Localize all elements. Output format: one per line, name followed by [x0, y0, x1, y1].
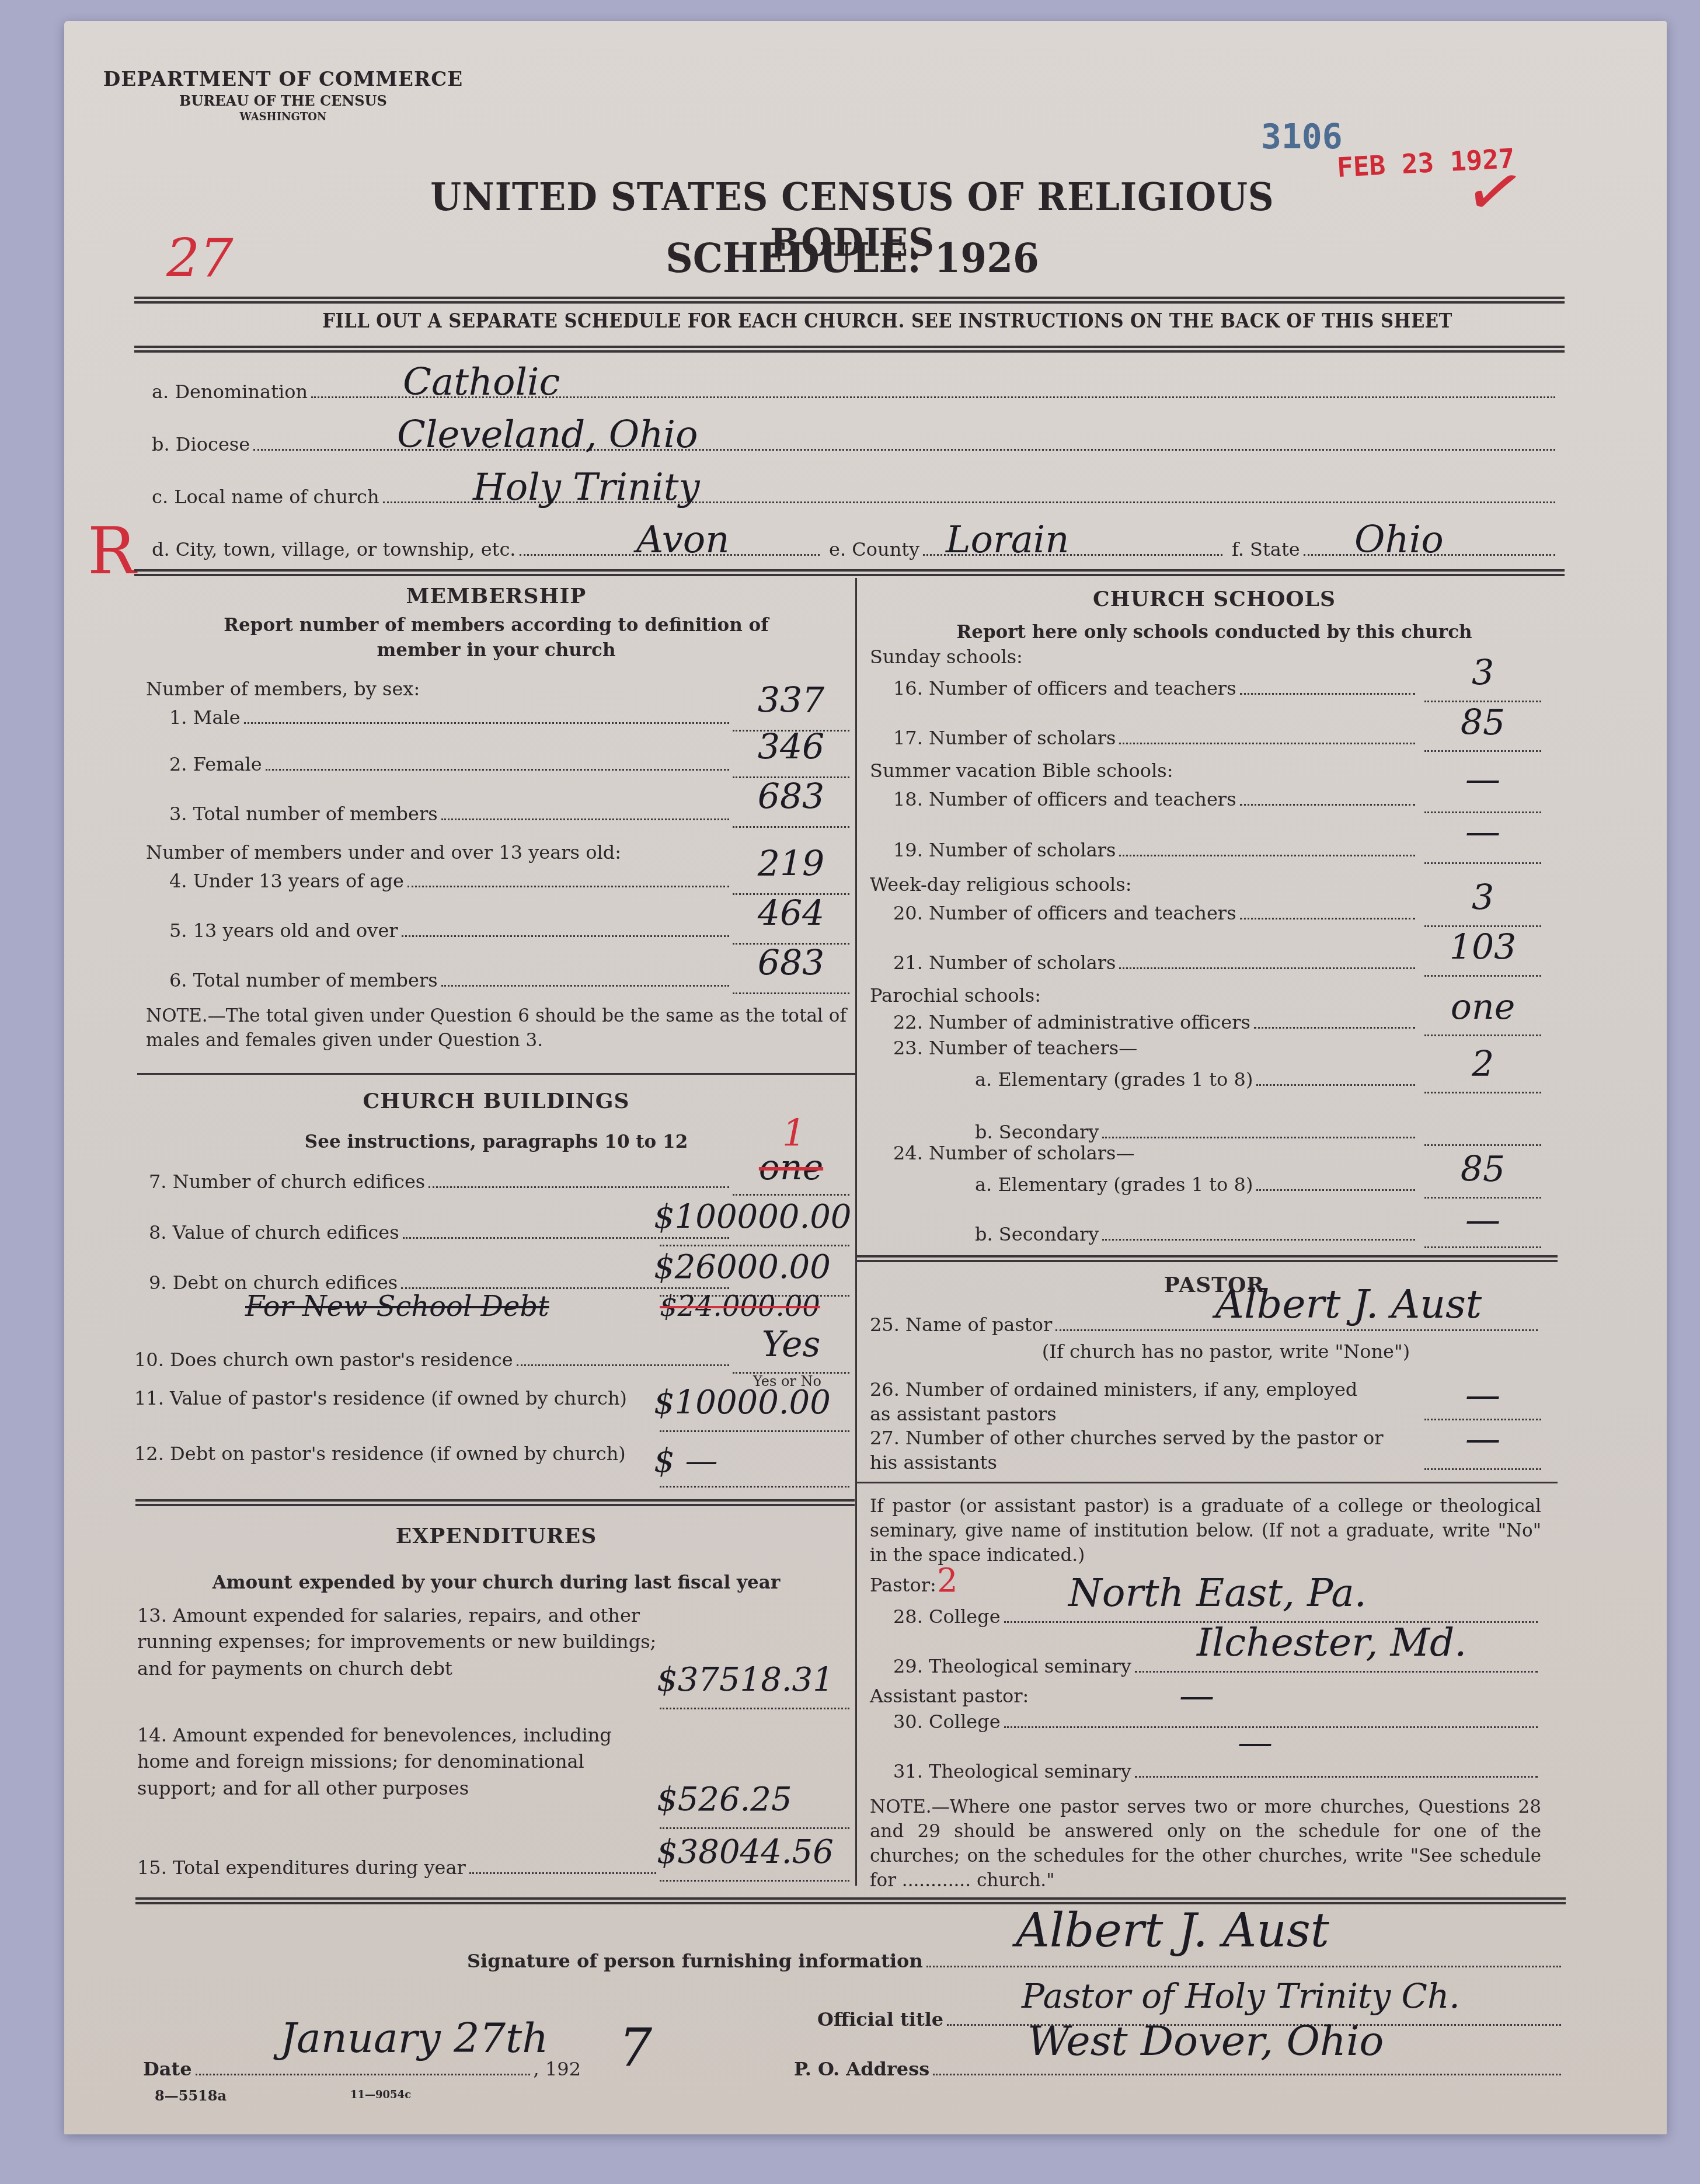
- q11-label: 11. Value of pastor's residence (if owne…: [134, 1387, 660, 1411]
- q14-label: 14. Amount expended for benevolences, in…: [137, 1722, 663, 1802]
- pastor-note: NOTE.—Where one pastor serves two or mor…: [870, 1795, 1541, 1893]
- q1-value: 337: [733, 680, 849, 721]
- q27-input[interactable]: [1424, 1468, 1541, 1470]
- q10-row: 10. Does church own pastor's residence: [134, 1349, 733, 1371]
- instructions-banner: FILL OUT A SEPARATE SCHEDULE FOR EACH CH…: [241, 309, 1534, 333]
- summer-schools-label: Summer vacation Bible schools:: [870, 759, 1173, 783]
- q5-row: 5. 13 years old and over: [169, 919, 733, 942]
- q30-value[interactable]: —: [1109, 1676, 1284, 1716]
- membership-heading: MEMBERSHIP: [140, 584, 852, 608]
- q26-label: 26. Number of ordained ministers, if any…: [870, 1378, 1384, 1426]
- state-value: Ohio: [1354, 518, 1444, 562]
- q29-value[interactable]: Ilchester, Md.: [1197, 1620, 1547, 1665]
- q6-value: 683: [733, 943, 849, 984]
- q24b-value: —: [1424, 1200, 1541, 1241]
- q25-value[interactable]: Albert J. Aust: [1156, 1281, 1541, 1328]
- membership-note: NOTE.—The total given under Question 6 s…: [146, 1004, 846, 1053]
- membership-subtitle: Report number of members according to de…: [193, 613, 800, 664]
- diocese-field[interactable]: b. Diocese Cleveland, Ohio: [152, 426, 1559, 455]
- q23a-input[interactable]: [1424, 1092, 1541, 1093]
- q21-row: 21. Number of scholars: [893, 952, 1419, 974]
- schedule-year: SCHEDULE: 1926: [369, 234, 1336, 282]
- buildings-divider: [135, 1499, 855, 1506]
- q28-value[interactable]: North East, Pa.: [1068, 1570, 1535, 1615]
- q23b-row: b. Secondary: [975, 1121, 1419, 1143]
- city-heading: WASHINGTON: [99, 111, 467, 123]
- q17-row: 17. Number of scholars: [893, 727, 1419, 749]
- q21-value: 103: [1424, 927, 1541, 968]
- q12-value: $ —: [654, 1442, 852, 1480]
- header-divider: [134, 297, 1565, 304]
- form-code: 8—5518a: [155, 2087, 227, 2104]
- city-field[interactable]: d. City, town, village, or township, etc…: [152, 531, 823, 560]
- q13-input[interactable]: [660, 1708, 849, 1709]
- q14-value: $526.25: [657, 1781, 855, 1819]
- q8-row: 8. Value of church edifices: [149, 1221, 733, 1243]
- q12-label: 12. Debt on pastor's residence (if owned…: [134, 1442, 660, 1467]
- church-schools-subtitle: Report here only schools conducted by th…: [864, 620, 1565, 645]
- q3-row: 3. Total number of members: [169, 803, 733, 825]
- q23-label: 23. Number of teachers—: [893, 1036, 1137, 1061]
- q19-input[interactable]: [1424, 862, 1541, 864]
- q23b-input[interactable]: [1424, 1144, 1541, 1146]
- date-value[interactable]: January 27th: [280, 2014, 584, 2062]
- column-divider: [855, 578, 857, 1886]
- q24a-input[interactable]: [1424, 1197, 1541, 1199]
- file-number-stamp: 3106: [1261, 117, 1343, 156]
- q4-value: 219: [733, 844, 849, 884]
- q13-label: 13. Amount expended for salaries, repair…: [137, 1603, 663, 1682]
- q11-input[interactable]: [660, 1430, 849, 1432]
- denomination-field[interactable]: a. Denomination Catholic: [152, 374, 1559, 403]
- q16-value: 3: [1424, 653, 1541, 694]
- q3-value: 683: [733, 776, 849, 817]
- q24b-input[interactable]: [1424, 1246, 1541, 1248]
- q1-row: 1. Male: [169, 706, 733, 729]
- graduate-instructions: If pastor (or assistant pastor) is a gra…: [870, 1495, 1541, 1568]
- church-schools-heading: CHURCH SCHOOLS: [864, 587, 1565, 611]
- q27-label: 27. Number of other churches served by t…: [870, 1426, 1384, 1475]
- church-buildings-heading: CHURCH BUILDINGS: [140, 1089, 852, 1113]
- q19-value: —: [1424, 811, 1541, 852]
- address-value[interactable]: West Dover, Ohio: [1027, 2017, 1553, 2065]
- diocese-value: Cleveland, Ohio: [397, 413, 698, 457]
- q13-value: $37518.31: [657, 1661, 855, 1699]
- weekday-schools-label: Week-day religious schools:: [870, 873, 1131, 897]
- q21-input[interactable]: [1424, 975, 1541, 977]
- q24a-row: a. Elementary (grades 1 to 8): [975, 1173, 1419, 1196]
- by-sex-label: Number of members, by sex:: [146, 677, 420, 702]
- q25-hint: (If church has no pastor, write "None"): [911, 1340, 1541, 1364]
- margin-number-mark: 27: [166, 228, 234, 289]
- q9-value: $26000.00: [654, 1248, 852, 1286]
- q22-input[interactable]: [1424, 1034, 1541, 1036]
- q31-row: 31. Theological seminary: [893, 1760, 1541, 1782]
- q20-row: 20. Number of officers and teachers: [893, 902, 1419, 924]
- official-title-value[interactable]: Pastor of Holy Trinity Ch.: [1022, 1976, 1559, 2016]
- q19-row: 19. Number of scholars: [893, 839, 1419, 861]
- q24b-row: b. Secondary: [975, 1223, 1419, 1245]
- q7-correction: 1: [776, 1112, 811, 1155]
- church-name-value: Holy Trinity: [473, 466, 700, 509]
- q6-input[interactable]: [733, 992, 849, 994]
- county-value: Lorain: [946, 518, 1069, 562]
- membership-divider: [137, 1073, 855, 1075]
- q8-input[interactable]: [660, 1245, 849, 1246]
- q14-input[interactable]: [660, 1827, 849, 1829]
- bureau-heading: BUREAU OF THE CENSUS: [99, 92, 467, 109]
- by-age-label: Number of members under and over 13 year…: [146, 841, 621, 865]
- pastor-divider: [857, 1482, 1558, 1483]
- q17-value: 85: [1424, 702, 1541, 743]
- instructions-divider: [134, 346, 1565, 353]
- q31-value[interactable]: —: [1168, 1722, 1343, 1763]
- q24a-value: 85: [1424, 1149, 1541, 1190]
- q18-value: —: [1424, 759, 1541, 800]
- q23a-value: 2: [1424, 1044, 1541, 1085]
- county-field[interactable]: e. County Lorain: [829, 531, 1226, 560]
- q2-row: 2. Female: [169, 753, 733, 775]
- q22-row: 22. Number of administrative officers: [893, 1011, 1419, 1033]
- city-value: Avon: [636, 518, 730, 562]
- q15-input[interactable]: [660, 1880, 849, 1882]
- signature-value[interactable]: Albert J. Aust: [1016, 1903, 1541, 1957]
- q3-input[interactable]: [733, 826, 849, 828]
- assistant-pastor-label: Assistant pastor:: [870, 1684, 1029, 1709]
- department-heading: DEPARTMENT OF COMMERCE: [99, 69, 467, 90]
- q7-input[interactable]: [733, 1194, 849, 1196]
- struck-note-value: $24.000.00: [660, 1290, 852, 1323]
- q18-row: 18. Number of officers and teachers: [893, 788, 1419, 810]
- q11-value: $10000.00: [654, 1384, 852, 1422]
- state-field[interactable]: f. State Ohio: [1232, 531, 1559, 560]
- q15-row: 15. Total expenditures during year: [137, 1856, 660, 1879]
- q22-value: one: [1424, 987, 1541, 1027]
- date-year-digit: 7: [619, 2017, 666, 2078]
- q16-row: 16. Number of officers and teachers: [893, 677, 1419, 699]
- identification-divider: [134, 569, 1565, 576]
- pastor-red-mark: 2: [937, 1562, 958, 1600]
- schools-divider: [857, 1255, 1558, 1262]
- q6-row: 6. Total number of members: [169, 969, 733, 991]
- struck-note-label: For New School Debt: [245, 1290, 666, 1323]
- q5-value: 464: [733, 893, 849, 934]
- q27-value: —: [1424, 1419, 1541, 1460]
- print-code: 11—9054c: [350, 2089, 411, 2101]
- q26-value: —: [1424, 1375, 1541, 1416]
- church-name-field[interactable]: c. Local name of church Holy Trinity: [152, 479, 1559, 508]
- q10-value: Yes: [733, 1324, 849, 1365]
- q12-input[interactable]: [660, 1486, 849, 1488]
- expenditures-heading: EXPENDITURES: [140, 1524, 852, 1548]
- sunday-schools-label: Sunday schools:: [870, 645, 1023, 670]
- denomination-value: Catholic: [403, 361, 560, 404]
- parochial-schools-label: Parochial schools:: [870, 984, 1041, 1008]
- q15-value: $38044.56: [657, 1833, 855, 1871]
- q17-input[interactable]: [1424, 750, 1541, 752]
- margin-letter-mark: R: [88, 514, 136, 588]
- q24-label: 24. Number of scholars—: [893, 1141, 1134, 1166]
- q20-value: 3: [1424, 877, 1541, 918]
- q23a-row: a. Elementary (grades 1 to 8): [975, 1068, 1419, 1091]
- q7-row: 7. Number of church edifices: [149, 1171, 733, 1193]
- q8-value: $100000.00: [654, 1198, 852, 1236]
- expenditures-subtitle: Amount expended by your church during la…: [140, 1570, 852, 1596]
- q2-value: 346: [733, 727, 849, 768]
- pastor-sublabel: Pastor:: [870, 1573, 936, 1598]
- q4-row: 4. Under 13 years of age: [169, 870, 733, 892]
